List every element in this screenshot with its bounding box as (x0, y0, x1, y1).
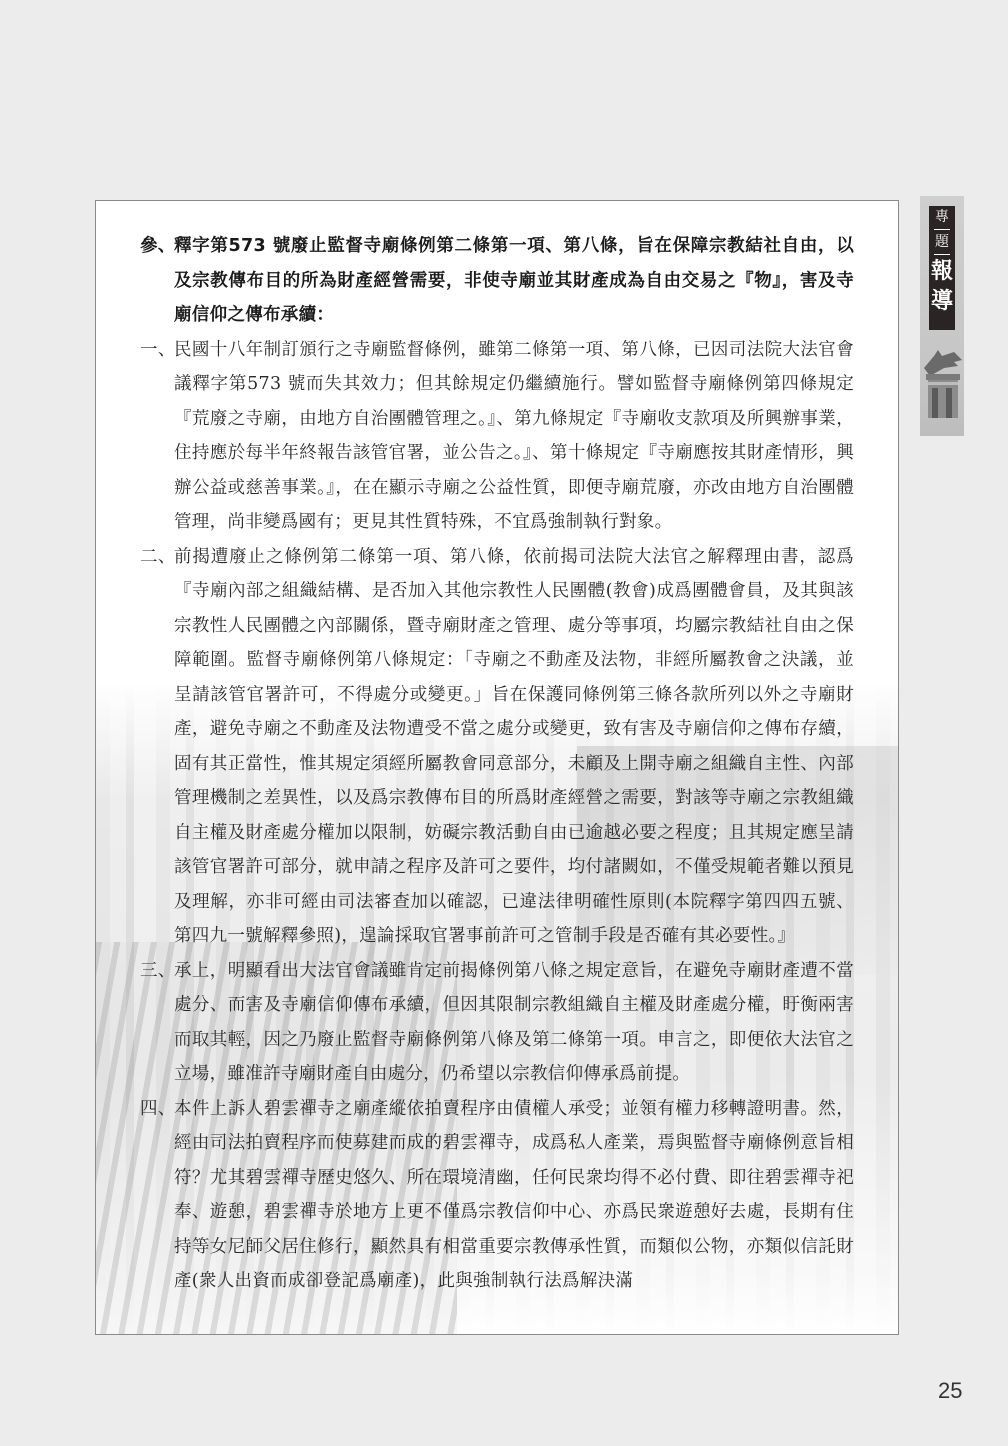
article-body: 參、 釋字第573 號廢止監督寺廟條例第二條第一項、第八條，旨在保障宗教結社自由… (96, 201, 898, 1299)
section-text: 承上，明顯看出大法官會議雖肯定前揭條例第八條之規定意旨，在避免寺廟財產遭不當處分… (174, 961, 854, 1085)
section-item-1: 一、 民國十八年制訂頒行之寺廟監督條例，雖第二條第一項、第八條，已因司法院大法官… (140, 333, 854, 540)
section-marker: 參、 (140, 229, 174, 264)
temple-roof-icon (924, 346, 962, 426)
section-item-3: 三、 承上，明顯看出大法官會議雖肯定前揭條例第八條之規定意旨，在避免寺廟財產遭不… (140, 954, 854, 1092)
tab-char-1: 專 (935, 206, 949, 228)
section-marker: 一、 (140, 333, 174, 368)
tab-separator (934, 229, 950, 230)
article-content-box: 參、 釋字第573 號廢止監督寺廟條例第二條第一項、第八條，旨在保障宗教結社自由… (95, 200, 899, 1335)
section-marker: 二、 (140, 540, 174, 575)
section-marker: 三、 (140, 954, 174, 989)
tab-char-3: 報 (931, 256, 953, 286)
section-heading-3: 參、 釋字第573 號廢止監督寺廟條例第二條第一項、第八條，旨在保障宗教結社自由… (140, 229, 854, 333)
section-text: 前揭遭廢止之條例第二條第一項、第八條，依前揭司法院大法官之解釋理由書，認爲『寺廟… (174, 547, 854, 947)
tab-char-2: 題 (935, 231, 949, 253)
section-item-2: 二、 前揭遭廢止之條例第二條第一項、第八條，依前揭司法院大法官之解釋理由書，認爲… (140, 540, 854, 954)
tab-char-4: 導 (931, 286, 953, 316)
section-text: 本件上訴人碧雲禪寺之廟產縱依拍賣程序由債權人承受；並領有權力移轉證明書。然，經由… (174, 1099, 854, 1292)
tab-separator (934, 254, 950, 255)
section-item-4: 四、 本件上訴人碧雲禪寺之廟產縱依拍賣程序由債權人承受；並領有權力移轉證明書。然… (140, 1092, 854, 1299)
section-side-tab: 專 題 報 導 (920, 196, 964, 436)
section-label: 專 題 報 導 (929, 206, 955, 330)
section-text: 民國十八年制訂頒行之寺廟監督條例，雖第二條第一項、第八條，已因司法院大法官會議釋… (174, 340, 854, 533)
section-marker: 四、 (140, 1092, 174, 1127)
section-text: 釋字第573 號廢止監督寺廟條例第二條第一項、第八條，旨在保障宗教結社自由，以及… (174, 236, 854, 325)
page-number: 25 (938, 1378, 962, 1404)
